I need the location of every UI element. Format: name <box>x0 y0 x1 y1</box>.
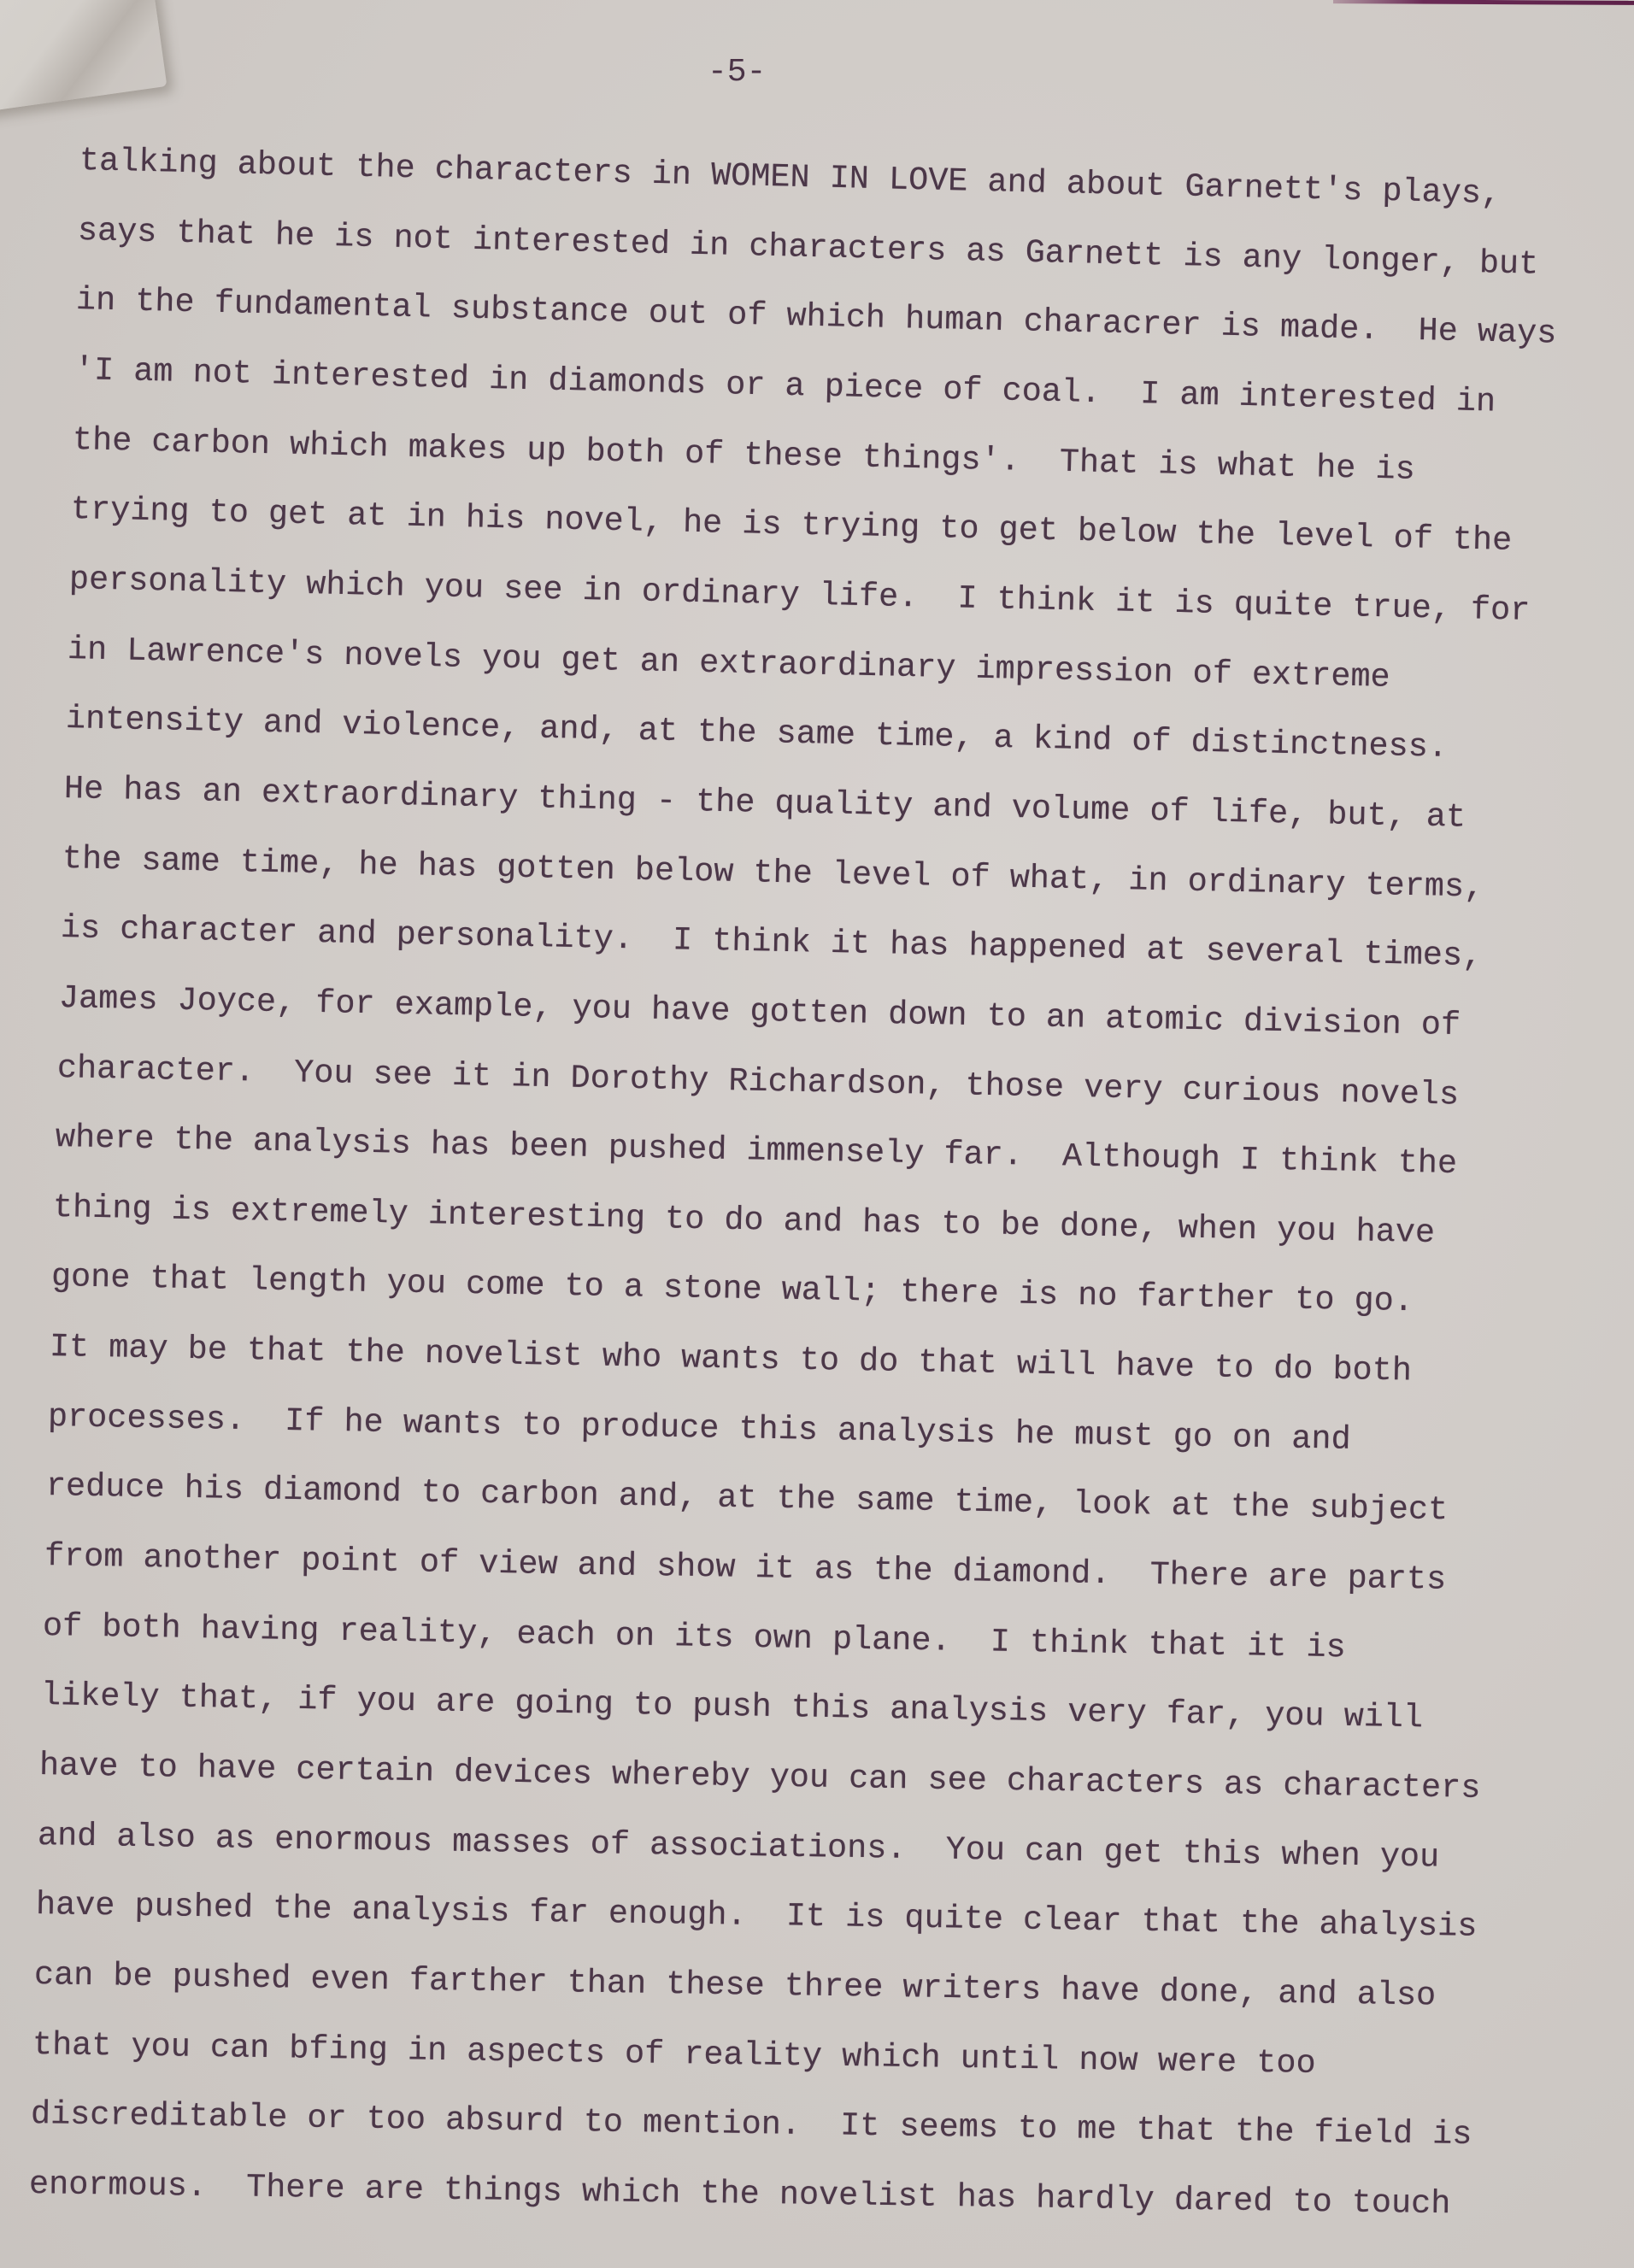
text-line: He has an extraordinary thing - the qual… <box>63 772 1466 835</box>
text-line: personality which you see in ordinary li… <box>68 562 1530 628</box>
text-line: processes. If he wants to produce this a… <box>48 1400 1351 1457</box>
typewritten-page: -5- talking about the characters in WOME… <box>0 0 1634 2268</box>
text-line: James Joyce, for example, you have gotte… <box>58 981 1461 1043</box>
text-line: says that he is not interested in charac… <box>77 214 1538 282</box>
text-line: from another point of view and show it a… <box>44 1539 1447 1597</box>
text-line: enormous. There are things which the nov… <box>29 2167 1451 2221</box>
text-line: intensity and violence, and, at the same… <box>65 702 1448 765</box>
text-line: in the fundamental substance out of whic… <box>75 283 1556 351</box>
text-line: in Lawrence's novels you get an extraord… <box>67 632 1390 695</box>
text-line: reduce his diamond to carbon and, at the… <box>46 1469 1449 1527</box>
text-line: It may be that the novelist who wants to… <box>50 1330 1413 1389</box>
text-line: of both having reality, each on its own … <box>43 1609 1346 1665</box>
text-line: have to have certain devices whereby you… <box>39 1748 1481 1806</box>
text-line: the same time, he has gotten below the l… <box>62 842 1484 905</box>
text-line: can be pushed even farther than these th… <box>34 1958 1437 2013</box>
text-line: likely that, if you are going to push th… <box>41 1678 1424 1735</box>
text-line: and also as enormous masses of associati… <box>38 1819 1440 1875</box>
text-line: the carbon which makes up both of these … <box>72 423 1415 487</box>
body-text: talking about the characters in WOMEN IN… <box>0 0 1634 2268</box>
text-line: 'I am not interested in diamonds or a pi… <box>73 353 1496 420</box>
text-line: is character and personality. I think it… <box>60 911 1482 973</box>
text-line: where the analysis has been pushed immen… <box>55 1120 1457 1181</box>
text-line: gone that length you come to a stone wal… <box>51 1260 1414 1319</box>
text-line: thing is extremely interesting to do and… <box>53 1190 1436 1250</box>
text-line: talking about the characters in WOMEN IN… <box>79 144 1502 211</box>
text-line: that you can bfing in aspects of reality… <box>32 2028 1316 2081</box>
text-line: trying to get at in his novel, he is try… <box>70 492 1512 558</box>
text-line: have pushed the analysis far enough. It … <box>36 1888 1478 1944</box>
text-line: character. You see it in Dorothy Richard… <box>56 1051 1459 1113</box>
text-line: discreditable or too absurd to mention. … <box>31 2097 1472 2152</box>
